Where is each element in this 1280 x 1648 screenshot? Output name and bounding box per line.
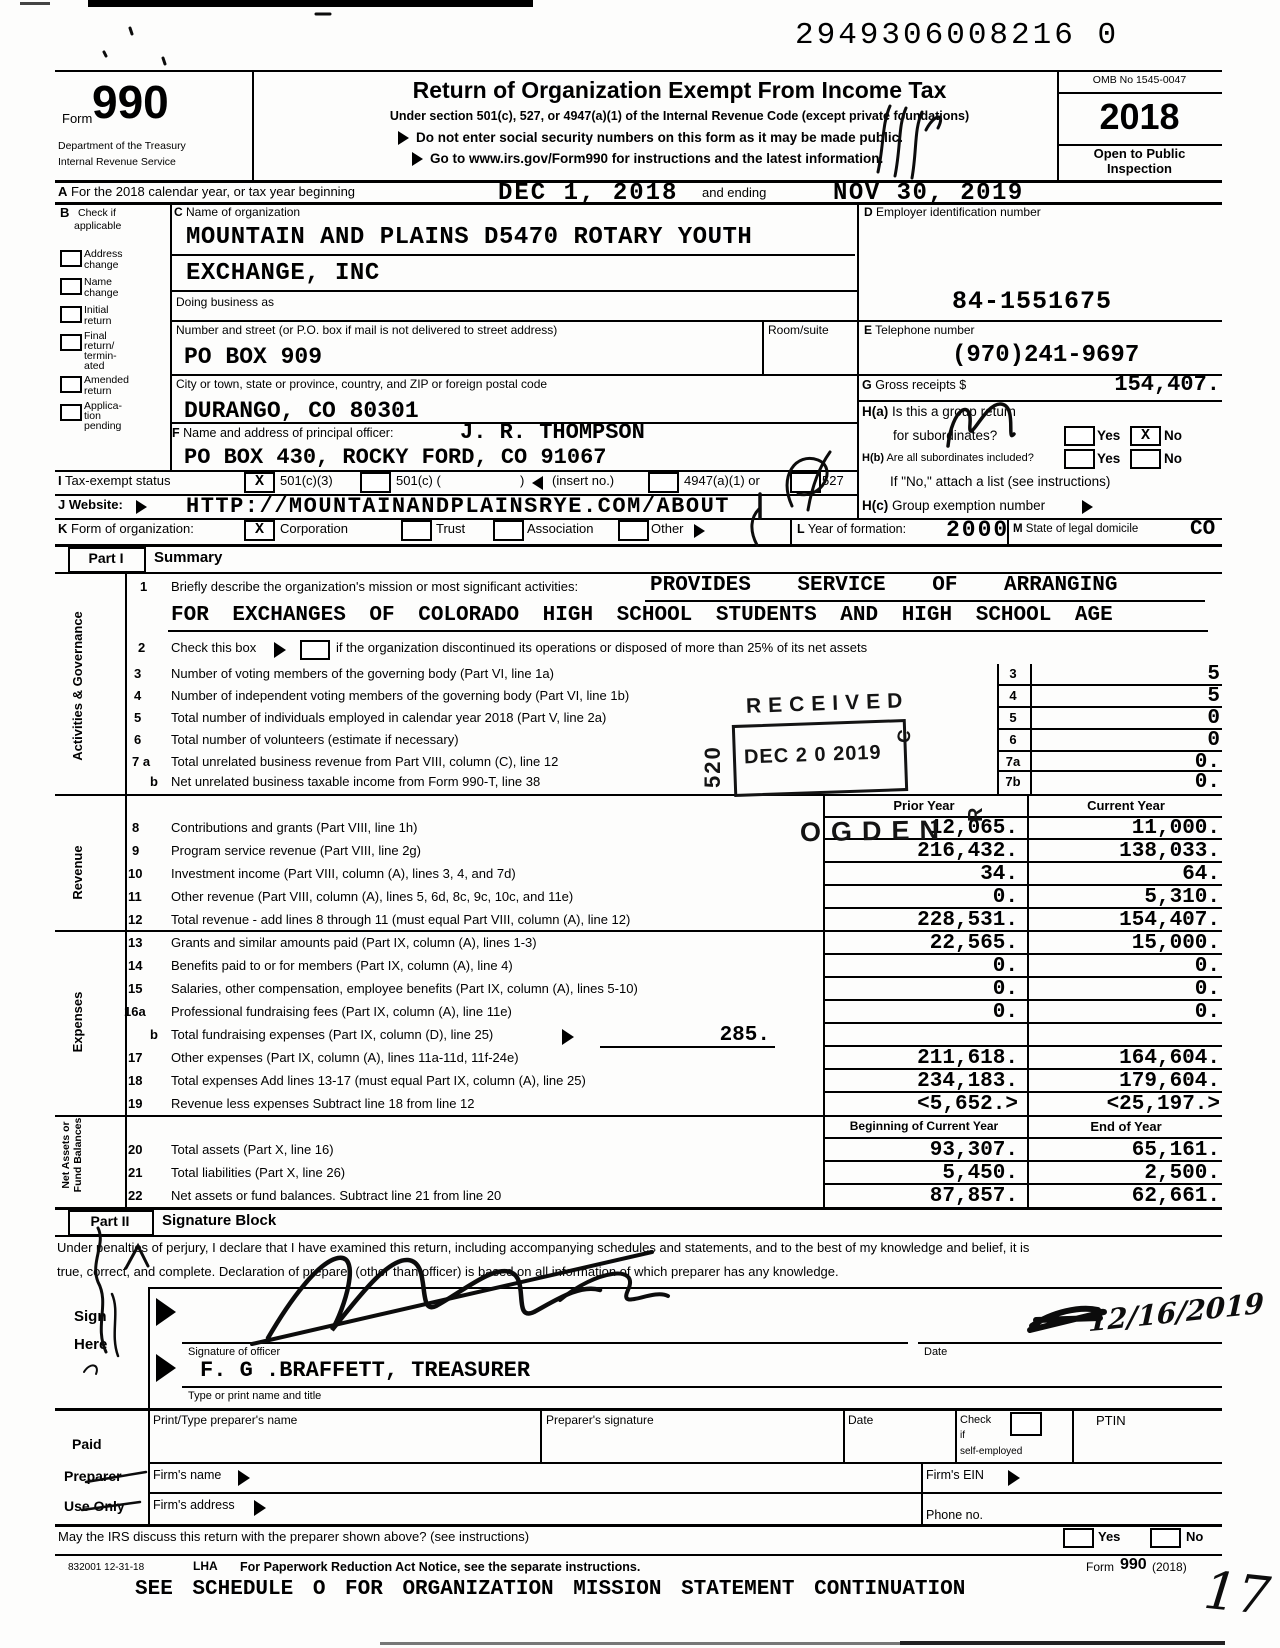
- part1-title: Summary: [154, 549, 222, 566]
- association-checkbox: [493, 520, 524, 541]
- m-letter: M: [1013, 523, 1023, 535]
- row-label: Total fundraising expenses (Part IX, col…: [171, 1028, 493, 1043]
- arrow-icon: [412, 152, 423, 166]
- hline: [918, 1342, 1222, 1344]
- 501c3-label: 501(c)(3): [280, 474, 333, 489]
- row-box: 3: [998, 667, 1028, 682]
- b-check-if: Check if: [78, 207, 116, 219]
- side-label-expenses: Expenses: [70, 947, 85, 1097]
- row-number: 19: [128, 1097, 142, 1112]
- firm-name-label: Firm's name: [153, 1468, 221, 1482]
- lha-label: LHA: [193, 1560, 218, 1574]
- row-number: 9: [132, 844, 139, 859]
- b-item-label: change: [84, 287, 118, 299]
- row-label: Investment income (Part VIII, column (A)…: [171, 867, 516, 882]
- row-number: 10: [128, 867, 142, 882]
- hline: [823, 1022, 1222, 1024]
- vline: [540, 1410, 542, 1462]
- b-item-label: return: [84, 315, 111, 327]
- hline: [55, 794, 1222, 796]
- line-a: A For the 2018 calendar year, or tax yea…: [58, 185, 355, 200]
- hb-letter: H(b): [862, 452, 884, 464]
- received-stamp-date: DEC 2 0 2019: [744, 742, 882, 770]
- row-number: 22: [128, 1189, 142, 1204]
- pen-mark: [752, 509, 759, 545]
- b-item-label: ated: [84, 360, 104, 372]
- row-number: 5: [134, 711, 141, 726]
- preparer-label: Preparer: [64, 1468, 122, 1484]
- hline: [182, 1386, 1222, 1388]
- mission-line2: FOR EXCHANGES OF COLORADO HIGH SCHOOL ST…: [171, 604, 1113, 628]
- mission-line1: PROVIDES SERVICE OF ARRANGING: [650, 574, 1117, 598]
- omb-number: OMB No 1545-0047: [1057, 74, 1222, 86]
- scan-speck: [104, 14, 330, 64]
- row-number: 21: [128, 1166, 142, 1181]
- hline: [55, 544, 1222, 547]
- ha-text: Is this a group return: [892, 404, 1016, 419]
- i-letter: I: [58, 473, 62, 488]
- begin-value: 87,857.: [878, 1185, 1018, 1209]
- c-letter: C: [174, 205, 183, 219]
- hline: [55, 1408, 1222, 1411]
- scan-artifact: [20, 2, 50, 5]
- discuss-question: May the IRS discuss this return with the…: [58, 1530, 529, 1545]
- ha-label2: for subordinates?: [893, 428, 997, 444]
- vline: [252, 70, 254, 180]
- signature-of-officer-label: Signature of officer: [188, 1346, 280, 1359]
- hline: [170, 320, 1222, 322]
- 4947-label: 4947(a)(1) or: [684, 474, 760, 489]
- e-label-text: Telephone number: [875, 323, 974, 337]
- b-item-label: return: [84, 385, 111, 397]
- c-label-text: Name of organization: [186, 205, 300, 219]
- hline: [170, 374, 1222, 376]
- row-number: 13: [128, 936, 142, 951]
- footer-code: 832001 12-31-18: [68, 1562, 144, 1574]
- hline: [171, 254, 855, 256]
- row-label: Total unrelated business revenue from Pa…: [171, 755, 558, 770]
- firm-address-label: Firm's address: [153, 1498, 235, 1512]
- margin-scribble: [84, 1365, 97, 1374]
- hline: [148, 1287, 1222, 1289]
- side-net-line1: Net Assets or: [60, 1105, 72, 1205]
- arrow-left-icon: [532, 476, 543, 490]
- hline: [55, 930, 1222, 932]
- end-value: 62,661.: [1080, 1185, 1220, 1209]
- hline: [55, 1235, 1222, 1237]
- row-label: Other revenue (Part VIII, column (A), li…: [171, 890, 573, 905]
- k-letter: K: [58, 521, 67, 536]
- d-label-text: Employer identification number: [876, 205, 1041, 219]
- footer-form-word: Form: [1086, 1561, 1114, 1575]
- officer-typed-name: F. G .BRAFFETT, TREASURER: [200, 1358, 530, 1383]
- 527-label: 527: [822, 474, 844, 489]
- open-to-public: Open to Public: [1057, 147, 1222, 162]
- hline: [170, 290, 857, 292]
- vline: [790, 518, 792, 544]
- tax-exempt-label: I Tax-exempt status: [58, 474, 171, 489]
- city-value: DURANGO, CO 80301: [184, 398, 419, 424]
- arrow-icon: [562, 1029, 574, 1045]
- website-url: HTTP://MOUNTAINANDPLAINSRYE.COM/ABOUT: [186, 494, 730, 519]
- arrow-icon: [1008, 1470, 1020, 1486]
- org-form-label: K Form of organization:: [58, 522, 194, 537]
- b-applicable: applicable: [74, 220, 121, 232]
- arrow-icon: [694, 524, 705, 538]
- row2-pre: Check this box: [171, 641, 256, 656]
- hb-yes-checkbox: [1064, 449, 1095, 469]
- l-letter: L: [797, 522, 805, 536]
- side-label-governance: Activities & Governance: [70, 572, 85, 800]
- row-label: Total revenue - add lines 8 through 11 (…: [171, 913, 630, 928]
- hline: [55, 1554, 1222, 1556]
- side-label-revenue: Revenue: [70, 820, 85, 925]
- hline: [1057, 92, 1222, 94]
- application-pending-checkbox: [60, 404, 82, 421]
- phone-value: (970)241-9697: [952, 342, 1139, 370]
- year-formation-label: L Year of formation:: [797, 522, 906, 536]
- trust-checkbox: [401, 520, 432, 541]
- row-number: 8: [132, 821, 139, 836]
- schedule-o-note: SEE SCHEDULE O FOR ORGANIZATION MISSION …: [135, 1578, 965, 1602]
- 4947-checkbox: [648, 472, 679, 493]
- preparer-date-label: Date: [848, 1414, 873, 1428]
- gross-receipts-value: 154,407.: [1080, 372, 1220, 397]
- x-mark: X: [1141, 427, 1150, 444]
- ha-no-label: No: [1164, 428, 1182, 444]
- 527-checkbox: [790, 472, 821, 493]
- row-number: 18: [128, 1074, 142, 1089]
- end-year-header: End of Year: [1030, 1120, 1222, 1135]
- ha-label: H(a) Is this a group return: [862, 404, 1016, 420]
- arrow-icon: [156, 1298, 176, 1326]
- e-phone-label: E Telephone number: [864, 324, 975, 338]
- part2-title: Signature Block: [162, 1212, 276, 1229]
- b-item-label: pending: [84, 420, 121, 432]
- discontinued-checkbox: [300, 640, 330, 660]
- received-stamp-text: RECEIVED: [746, 689, 910, 719]
- hline: [55, 1207, 1222, 1210]
- trust-label: Trust: [436, 522, 465, 537]
- l-label-text: Year of formation:: [808, 522, 906, 536]
- corporation-checkbox: X: [244, 520, 275, 541]
- i-label-text: Tax-exempt status: [65, 473, 171, 488]
- address-change-checkbox: [60, 250, 82, 267]
- hline: [55, 470, 857, 472]
- amended-return-checkbox: [60, 376, 82, 393]
- row-label: Professional fundraising fees (Part IX, …: [171, 1005, 512, 1020]
- dba-label: Doing business as: [176, 296, 274, 310]
- row2-post: if the organization discontinued its ope…: [336, 641, 867, 656]
- ha-yes-checkbox: [1064, 426, 1095, 446]
- received-stamp-code: 520: [700, 724, 726, 788]
- org-name-line2: EXCHANGE, INC: [186, 260, 380, 288]
- if-label: if: [960, 1430, 965, 1442]
- current-value: <25,197.>: [1080, 1093, 1220, 1117]
- row1-label: Briefly describe the organization's miss…: [171, 580, 578, 595]
- hb-no-label: No: [1164, 451, 1182, 467]
- arrow-icon: [254, 1500, 266, 1516]
- name-change-checkbox: [60, 278, 82, 295]
- self-employed-label: self-employed: [960, 1446, 1022, 1458]
- part1-label: Part I: [68, 550, 144, 566]
- row-label: Net unrelated business taxable income fr…: [171, 775, 540, 790]
- row-label: Other expenses (Part IX, column (A), lin…: [171, 1051, 519, 1066]
- d-ein-label: D Employer identification number: [864, 206, 1041, 220]
- hb-yes-label: Yes: [1097, 451, 1120, 467]
- hline: [148, 1462, 1222, 1464]
- g-gross-label: G Gross receipts $: [862, 378, 966, 392]
- paid-label: Paid: [72, 1436, 102, 1452]
- perjury-line1: Under penalties of perjury, I declare th…: [57, 1241, 1029, 1256]
- ha-letter: H(a): [862, 404, 888, 419]
- f-label-text: Name and address of principal officer:: [183, 426, 393, 440]
- vline: [148, 1287, 150, 1524]
- m-label-text: State of legal domicile: [1026, 523, 1139, 535]
- row-number: 14: [128, 959, 142, 974]
- x-mark: X: [255, 473, 264, 490]
- row-number: 17: [128, 1051, 142, 1066]
- hline: [168, 630, 1208, 632]
- row-label: Salaries, other compensation, employee b…: [171, 982, 638, 997]
- hc-letter: H(c): [862, 498, 888, 513]
- row-number: 11: [128, 890, 142, 905]
- preparer-signature-label: Preparer's signature: [546, 1414, 654, 1428]
- hb-no-checkbox: [1130, 449, 1161, 469]
- row-number: 6: [134, 733, 141, 748]
- hc-text: Group exemption number: [892, 498, 1045, 513]
- org-name-line1: MOUNTAIN AND PLAINS D5470 ROTARY YOUTH: [186, 224, 752, 252]
- hline: [148, 1492, 1222, 1494]
- side-label-net-assets: Net Assets or Fund Balances: [60, 1105, 84, 1205]
- stamp-edge-letter: R: [965, 798, 988, 822]
- arrow-icon: [238, 1470, 250, 1486]
- d-letter: D: [864, 205, 873, 219]
- city-label: City or town, state or province, country…: [176, 378, 547, 392]
- 501c3-checkbox: X: [244, 472, 275, 493]
- type-print-label: Type or print name and title: [188, 1390, 321, 1403]
- scan-artifact: [88, 0, 533, 7]
- hline: [55, 70, 1222, 72]
- street-value: PO BOX 909: [184, 344, 322, 370]
- hline: [858, 400, 1222, 402]
- discuss-yes-checkbox: [1063, 1528, 1094, 1548]
- row-number: b: [150, 775, 158, 790]
- row-box: 6: [998, 733, 1028, 748]
- current-year-header: Current Year: [1030, 799, 1222, 814]
- domicile-label: M State of legal domicile: [1013, 523, 1138, 536]
- phone-no-label: Phone no.: [926, 1508, 983, 1522]
- page-subtitle: Under section 501(c), 527, or 4947(a)(1)…: [302, 109, 1057, 123]
- j-letter: J: [58, 497, 65, 512]
- website-label: J Website:: [58, 498, 123, 513]
- initial-return-checkbox: [60, 306, 82, 323]
- hline: [182, 1342, 908, 1344]
- row-label: Program service revenue (Part VIII, line…: [171, 844, 421, 859]
- row-value: 0.: [1080, 771, 1220, 795]
- perjury-line2: true, correct, and complete. Declaration…: [57, 1265, 839, 1280]
- received-stamp-city: OGDEN: [800, 815, 950, 849]
- k-label-text: Form of organization:: [71, 521, 194, 536]
- vline: [955, 1410, 957, 1462]
- row-label: Contributions and grants (Part VIII, lin…: [171, 821, 417, 836]
- barcode-number: 2949306008216 0: [795, 18, 1119, 54]
- c-name-label: C Name of organization: [174, 206, 300, 220]
- vline: [1072, 1410, 1074, 1462]
- row-label: Total liabilities (Part X, line 26): [171, 1166, 345, 1181]
- row-number: 20: [128, 1143, 142, 1158]
- ein-value: 84-1551675: [952, 288, 1112, 317]
- discuss-yes-label: Yes: [1098, 1530, 1120, 1545]
- dept-line1: Department of the Treasury: [58, 140, 186, 152]
- b-item-label: change: [84, 259, 118, 271]
- f-officer-label: F Name and address of principal officer:: [172, 426, 393, 440]
- row-number: 3: [134, 667, 141, 682]
- other-label: Other: [651, 522, 684, 537]
- row-number: 12: [128, 913, 142, 928]
- row-label: Net assets or fund balances. Subtract li…: [171, 1189, 501, 1204]
- ptin-label: PTIN: [1096, 1414, 1126, 1429]
- vline: [1007, 518, 1009, 544]
- preparer-name-label: Print/Type preparer's name: [153, 1414, 297, 1428]
- f-letter: F: [172, 426, 180, 440]
- here-label: Here: [74, 1336, 107, 1353]
- row-box: 4: [998, 689, 1028, 704]
- street-label: Number and street (or P.O. box if mail i…: [176, 324, 557, 338]
- b-letter: B: [60, 206, 69, 221]
- hline: [600, 1046, 775, 1048]
- officer-name: J. R. THOMPSON: [460, 420, 645, 445]
- dept-line2: Internal Revenue Service: [58, 156, 176, 168]
- arrow-icon: [274, 642, 286, 658]
- prior-value: <5,652.>: [878, 1093, 1018, 1117]
- hline: [55, 1524, 1222, 1527]
- firm-ein-label: Firm's EIN: [926, 1468, 984, 1482]
- officer-address: PO BOX 430, ROCKY FORD, CO 91067: [184, 445, 606, 470]
- ha-yes-label: Yes: [1097, 428, 1120, 444]
- arrow-icon: [156, 1354, 176, 1382]
- prior-year-header: Prior Year: [826, 799, 1022, 814]
- final-return-checkbox: [60, 334, 82, 351]
- vline: [125, 572, 127, 1207]
- other-checkbox: [618, 520, 649, 541]
- 501c-label: 501(c) (: [396, 474, 441, 489]
- and-ending-label: and ending: [702, 186, 766, 201]
- hc-label: H(c) Group exemption number: [862, 498, 1045, 514]
- row-label: Total number of individuals employed in …: [171, 711, 606, 726]
- tax-year: 2018: [1057, 96, 1222, 137]
- handwritten-page-number: 17: [1201, 1561, 1273, 1628]
- vline: [843, 1410, 845, 1462]
- margin-scribble: [112, 1294, 118, 1356]
- insert-no-label: (insert no.): [552, 474, 614, 489]
- year-formation-value: 2000: [946, 517, 1009, 543]
- footer-form-number: 990: [1120, 1556, 1147, 1574]
- row-label: Total number of volunteers (estimate if …: [171, 733, 459, 748]
- row-number: b: [150, 1028, 158, 1043]
- vline: [857, 202, 859, 518]
- form-990-scan: 2949306008216 0 Form 990 Department of t…: [0, 0, 1280, 1648]
- corporation-label: Corporation: [280, 522, 348, 537]
- form-number: 990: [92, 76, 169, 129]
- if-no-note: If "No," attach a list (see instructions…: [890, 474, 1110, 490]
- vline: [762, 320, 764, 374]
- side-net-line2: Fund Balances: [72, 1105, 84, 1205]
- footer-form-year: (2018): [1152, 1561, 1187, 1575]
- beginning-year-header: Beginning of Current Year: [826, 1120, 1022, 1134]
- page-title: Return of Organization Exempt From Incom…: [302, 77, 1057, 103]
- 501c-checkbox: [360, 472, 391, 493]
- row-number: 15: [128, 982, 142, 997]
- room-suite-label: Room/suite: [768, 324, 829, 338]
- row1-number: 1: [140, 580, 147, 595]
- paperwork-notice: For Paperwork Reduction Act Notice, see …: [240, 1560, 640, 1574]
- j-label-text: Website:: [69, 497, 123, 512]
- arrow-icon: [1082, 500, 1093, 514]
- hline: [55, 1115, 1222, 1117]
- arrow-icon: [398, 131, 409, 145]
- row-number: 7 a: [132, 755, 150, 770]
- arrow-icon: [136, 500, 147, 514]
- row2-number: 2: [138, 641, 145, 656]
- form-word: Form: [62, 112, 92, 127]
- use-only-label: Use Only: [64, 1498, 125, 1514]
- ha-no-checkbox: X: [1130, 426, 1161, 446]
- hb-label: H(b) Are all subordinates included?: [862, 452, 1034, 465]
- line-a-letter: A: [58, 184, 67, 199]
- row-label: Total expenses Add lines 13-17 (must equ…: [171, 1074, 586, 1089]
- row-label: Grants and similar amounts paid (Part IX…: [171, 936, 537, 951]
- e-letter: E: [864, 323, 872, 337]
- sign-label: Sign: [74, 1308, 107, 1325]
- g-letter: G: [862, 378, 872, 392]
- hline: [645, 600, 1205, 602]
- discuss-no-checkbox: [1150, 1528, 1181, 1548]
- row-box: 7b: [998, 775, 1028, 790]
- domicile-value: CO: [1190, 518, 1215, 542]
- vline: [823, 794, 825, 1207]
- hb-text: Are all subordinates included?: [886, 452, 1033, 464]
- close-paren: ): [520, 474, 524, 489]
- row-box: 5: [998, 711, 1028, 726]
- row-box: 7a: [998, 755, 1028, 770]
- g-label-text: Gross receipts $: [875, 378, 966, 392]
- row-label: Revenue less expenses Subtract line 18 f…: [171, 1097, 475, 1112]
- discuss-no-label: No: [1186, 1530, 1203, 1545]
- header-bullet2: Go to www.irs.gov/Form990 for instructio…: [430, 151, 883, 167]
- vline: [1027, 794, 1029, 1207]
- row-label: Number of independent voting members of …: [171, 689, 629, 704]
- line-a-label: For the 2018 calendar year, or tax year …: [71, 184, 355, 199]
- header-bullet1: Do not enter social security numbers on …: [416, 130, 903, 146]
- scan-artifact: [900, 1641, 1225, 1645]
- row-number: 16a: [124, 1005, 146, 1020]
- handwritten-date: 12/16/2019: [1088, 1287, 1265, 1339]
- check-label: Check: [960, 1414, 991, 1427]
- inspection: Inspection: [1057, 162, 1222, 177]
- date-label: Date: [924, 1346, 947, 1359]
- part2-label: Part II: [68, 1213, 152, 1229]
- self-employed-checkbox: [1010, 1412, 1042, 1436]
- fundraising-value: 285.: [690, 1024, 770, 1048]
- row-number: 4: [134, 689, 141, 704]
- row-label: Benefits paid to or for members (Part IX…: [171, 959, 513, 974]
- row-label: Number of voting members of the governin…: [171, 667, 554, 682]
- association-label: Association: [527, 522, 593, 537]
- row-label: Total assets (Part X, line 16): [171, 1143, 334, 1158]
- x-mark: X: [255, 521, 264, 538]
